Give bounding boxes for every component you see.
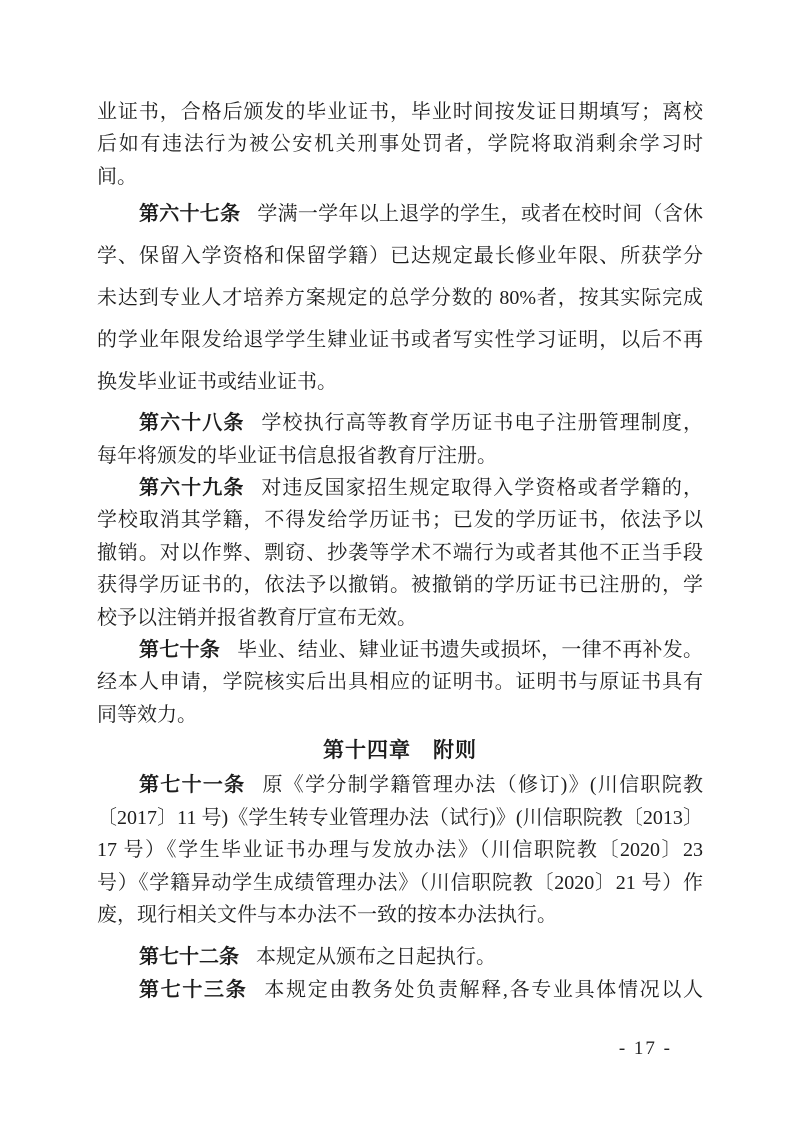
line-text: 撤销。对以作弊、剽窃、抄袭等学术不端行为或者其他不正当手段 bbox=[97, 542, 703, 564]
chapter-title: 第十四章 附则 bbox=[323, 738, 477, 762]
text-line: 后如有违法行为被公安机关刑事处罚者，学院将取消剩余学习时 bbox=[97, 128, 703, 160]
text-line: 学、保留入学资格和保留学籍）已达规定最长修业年限、所获学分 bbox=[97, 235, 703, 277]
article-number: 第七十一条 bbox=[139, 774, 245, 796]
document-body: 业证书，合格后颁发的毕业证书，毕业时间按发证日期填写；离校后如有违法行为被公安机… bbox=[97, 96, 703, 1006]
text-line: 换发毕业证书或结业证书。 bbox=[97, 361, 703, 403]
line-text: 〔2017〕11 号)《学生转专业管理办法（试行)》(川信职院教〔2013〕 bbox=[97, 807, 703, 829]
article-number: 第七十三条 bbox=[139, 979, 247, 1001]
text-line: 撤销。对以作弊、剽窃、抄袭等学术不端行为或者其他不正当手段 bbox=[97, 537, 703, 569]
text-line: 间。 bbox=[97, 161, 703, 193]
text-line: 第十四章 附则 bbox=[97, 733, 703, 767]
article-number: 第六十九条 bbox=[139, 477, 244, 499]
line-text: 学满一学年以上退学的学生，或者在校时间（含休 bbox=[257, 203, 703, 225]
text-line: 第七十二条本规定从颁布之日起执行。 bbox=[97, 941, 703, 973]
text-line: 同等效力。 bbox=[97, 699, 703, 731]
text-line: 获得学历证书的，依法予以撤销。被撤销的学历证书已注册的，学 bbox=[97, 569, 703, 601]
text-line: 17 号）《学生毕业证书办理与发放办法》（川信职院教〔2020〕23 bbox=[97, 834, 703, 866]
text-line: 废，现行相关文件与本办法不一致的按本办法执行。 bbox=[97, 899, 703, 931]
line-text: 间。 bbox=[97, 166, 137, 188]
page-number: - 17 - bbox=[619, 1038, 672, 1060]
text-line: 号）《学籍异动学生成绩管理办法》（川信职院教〔2020〕21 号）作 bbox=[97, 867, 703, 899]
text-line: 校予以注销并报省教育厅宣布无效。 bbox=[97, 602, 703, 634]
article-number: 第七十条 bbox=[139, 639, 220, 661]
text-line: 的学业年限发给退学学生肄业证书或者写实性学习证明，以后不再 bbox=[97, 319, 703, 361]
line-text: 未达到专业人才培养方案规定的总学分数的 80%者，按其实际完成 bbox=[97, 287, 703, 309]
text-line: 〔2017〕11 号)《学生转专业管理办法（试行)》(川信职院教〔2013〕 bbox=[97, 802, 703, 834]
line-text: 学、保留入学资格和保留学籍）已达规定最长修业年限、所获学分 bbox=[97, 245, 703, 267]
article-number: 第六十七条 bbox=[139, 203, 240, 225]
article-71: 第七十一条原《学分制学籍管理办法（修订)》(川信职院教〔2017〕11 号)《学… bbox=[97, 769, 703, 931]
article-number: 第六十八条 bbox=[139, 412, 244, 434]
document-page: 业证书，合格后颁发的毕业证书，毕业时间按发证日期填写；离校后如有违法行为被公安机… bbox=[0, 0, 793, 1122]
article-72: 第七十二条本规定从颁布之日起执行。 bbox=[97, 941, 703, 973]
line-text: 每年将颁发的毕业证书信息报省教育厅注册。 bbox=[97, 445, 497, 467]
line-text: 号）《学籍异动学生成绩管理办法》（川信职院教〔2020〕21 号）作 bbox=[97, 872, 703, 894]
line-text: 废，现行相关文件与本办法不一致的按本办法执行。 bbox=[97, 904, 557, 926]
article-67: 第六十七条学满一学年以上退学的学生，或者在校时间（含休学、保留入学资格和保留学籍… bbox=[97, 193, 703, 403]
line-text: 本规定从颁布之日起执行。 bbox=[256, 946, 496, 968]
line-text: 学校执行高等教育学历证书电子注册管理制度， bbox=[261, 412, 703, 434]
text-line: 第六十九条对违反国家招生规定取得入学资格或者学籍的， bbox=[97, 472, 703, 504]
article-69: 第六十九条对违反国家招生规定取得入学资格或者学籍的，学校取消其学籍，不得发给学历… bbox=[97, 472, 703, 634]
line-text: 对违反国家招生规定取得入学资格或者学籍的， bbox=[261, 477, 703, 499]
line-text: 换发毕业证书或结业证书。 bbox=[97, 371, 337, 393]
line-text: 的学业年限发给退学学生肄业证书或者写实性学习证明，以后不再 bbox=[97, 329, 703, 351]
article-68: 第六十八条学校执行高等教育学历证书电子注册管理制度，每年将颁发的毕业证书信息报省… bbox=[97, 407, 703, 472]
line-text: 后如有违法行为被公安机关刑事处罚者，学院将取消剩余学习时 bbox=[97, 133, 703, 155]
text-line: 未达到专业人才培养方案规定的总学分数的 80%者，按其实际完成 bbox=[97, 277, 703, 319]
line-text: 业证书，合格后颁发的毕业证书，毕业时间按发证日期填写；离校 bbox=[97, 101, 703, 123]
text-line: 第七十一条原《学分制学籍管理办法（修订)》(川信职院教 bbox=[97, 769, 703, 801]
article-number: 第七十二条 bbox=[139, 946, 239, 968]
line-text: 同等效力。 bbox=[97, 704, 197, 726]
line-text: 经本人申请，学院核实后出具相应的证明书。证明书与原证书具有 bbox=[97, 671, 703, 693]
line-text: 学校取消其学籍，不得发给学历证书；已发的学历证书，依法予以 bbox=[97, 509, 703, 531]
line-text: 17 号）《学生毕业证书办理与发放办法》（川信职院教〔2020〕23 bbox=[97, 839, 703, 861]
text-line: 第七十三条本规定由教务处负责解释,各专业具体情况以人 bbox=[97, 974, 703, 1006]
text-line: 第六十七条学满一学年以上退学的学生，或者在校时间（含休 bbox=[97, 193, 703, 235]
article-70: 第七十条毕业、结业、肄业证书遗失或损坏，一律不再补发。经本人申请，学院核实后出具… bbox=[97, 634, 703, 731]
line-text: 获得学历证书的，依法予以撤销。被撤销的学历证书已注册的，学 bbox=[97, 574, 703, 596]
text-line: 业证书，合格后颁发的毕业证书，毕业时间按发证日期填写；离校 bbox=[97, 96, 703, 128]
line-text: 本规定由教务处负责解释,各专业具体情况以人 bbox=[264, 979, 703, 1001]
text-line: 第七十条毕业、结业、肄业证书遗失或损坏，一律不再补发。 bbox=[97, 634, 703, 666]
chapter-14-heading: 第十四章 附则 bbox=[97, 733, 703, 767]
text-line: 经本人申请，学院核实后出具相应的证明书。证明书与原证书具有 bbox=[97, 666, 703, 698]
line-text: 原《学分制学籍管理办法（修订)》(川信职院教 bbox=[262, 774, 703, 796]
text-line: 第六十八条学校执行高等教育学历证书电子注册管理制度， bbox=[97, 407, 703, 439]
paragraph-66-continuation: 业证书，合格后颁发的毕业证书，毕业时间按发证日期填写；离校后如有违法行为被公安机… bbox=[97, 96, 703, 193]
line-text: 毕业、结业、肄业证书遗失或损坏，一律不再补发。 bbox=[237, 639, 703, 661]
line-text: 校予以注销并报省教育厅宣布无效。 bbox=[97, 607, 417, 629]
text-line: 每年将颁发的毕业证书信息报省教育厅注册。 bbox=[97, 440, 703, 472]
article-73: 第七十三条本规定由教务处负责解释,各专业具体情况以人 bbox=[97, 974, 703, 1006]
text-line: 学校取消其学籍，不得发给学历证书；已发的学历证书，依法予以 bbox=[97, 504, 703, 536]
